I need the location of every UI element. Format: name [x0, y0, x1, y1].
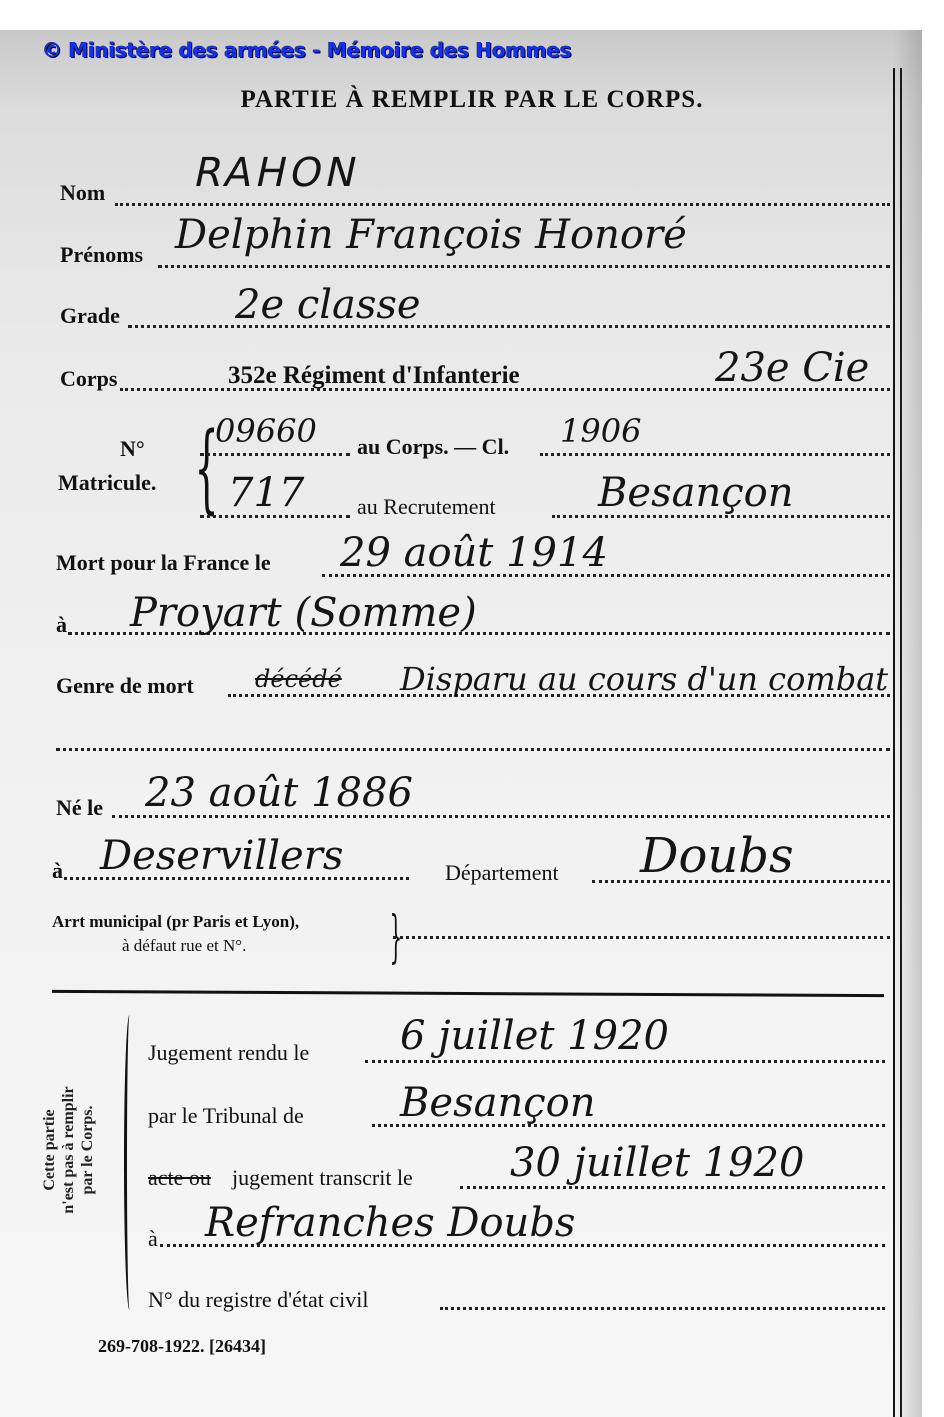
matricule-label: Matricule.	[58, 470, 156, 496]
genre-mort-struck: décédé	[255, 665, 342, 693]
dotted-line	[115, 203, 890, 206]
dotted-line	[460, 1186, 885, 1189]
jugement-label: Jugement rendu le	[148, 1040, 309, 1066]
au-recrutement-label: au Recrutement	[357, 494, 496, 520]
lieu-mort-value: Proyart (Somme)	[130, 590, 477, 636]
copyright-watermark: © Ministère des armées - Mémoire des Hom…	[42, 38, 571, 62]
nom-value: RAHON	[190, 150, 365, 196]
transcrit-label: jugement transcrit le	[232, 1165, 413, 1191]
classe-value: 1906	[560, 412, 641, 450]
arrondissement-label-1: Arrt municipal (pr Paris et Lyon),	[52, 912, 299, 932]
grade-value: 2e classe	[235, 282, 421, 328]
arrondissement-label-2: à défaut rue et N°.	[122, 936, 246, 956]
nom-label: Nom	[60, 180, 105, 206]
mort-label: Mort pour la France le	[56, 550, 271, 576]
mort-date: 29 août 1914	[340, 530, 608, 576]
corps-label: Corps	[60, 366, 117, 392]
dotted-line	[440, 1307, 885, 1310]
lieu-transcription-label: à	[148, 1226, 158, 1252]
matricule-corps-number: 09660	[215, 412, 317, 450]
prenoms-value: Delphin François Honoré	[175, 212, 687, 258]
departement-value: Doubs	[640, 828, 794, 884]
registre-label: N° du registre d'état civil	[148, 1287, 368, 1313]
form-title: PARTIE À REMPLIR PAR LE CORPS.	[0, 86, 944, 114]
dotted-line	[540, 453, 890, 456]
dotted-line	[365, 1060, 885, 1063]
departement-label: Département	[445, 860, 559, 886]
border-line	[900, 68, 902, 1417]
border-line	[893, 68, 895, 1417]
corps-printed-value: 352e Régiment d'Infanterie	[228, 362, 520, 390]
lieu-mort-label: à	[56, 612, 67, 638]
transcrit-date: 30 juillet 1920	[510, 1140, 804, 1186]
genre-mort-label: Genre de mort	[56, 673, 194, 699]
brace	[124, 1015, 135, 1310]
lieu-naissance-label: à	[52, 858, 63, 884]
naissance-date: 23 août 1886	[145, 770, 413, 816]
lieu-naissance-value: Deservillers	[100, 833, 343, 879]
matricule-recrutement-number: 717	[228, 470, 304, 516]
dotted-line	[393, 936, 890, 939]
genre-mort-value: Disparu au cours d'un combat	[400, 660, 888, 698]
naissance-label: Né le	[56, 795, 103, 821]
dotted-line	[56, 748, 890, 751]
dotted-line	[200, 453, 350, 456]
matricule-label-no: N°	[120, 436, 145, 462]
prenoms-label: Prénoms	[60, 242, 143, 268]
lieu-transcription-value: Refranches Doubs	[205, 1200, 575, 1246]
jugement-date: 6 juillet 1920	[400, 1013, 669, 1059]
au-corps-label: au Corps. — Cl.	[357, 434, 509, 460]
recrutement-place: Besançon	[598, 470, 793, 516]
corps-company-note: 23e Cie	[715, 345, 869, 391]
grade-label: Grade	[60, 303, 120, 329]
dotted-line	[158, 265, 890, 268]
acte-ou-struck: acte ou	[148, 1165, 211, 1191]
tribunal-value: Besançon	[400, 1080, 595, 1126]
tribunal-label: par le Tribunal de	[148, 1103, 304, 1129]
print-reference: 269-708-1922. [26434]	[98, 1336, 266, 1357]
